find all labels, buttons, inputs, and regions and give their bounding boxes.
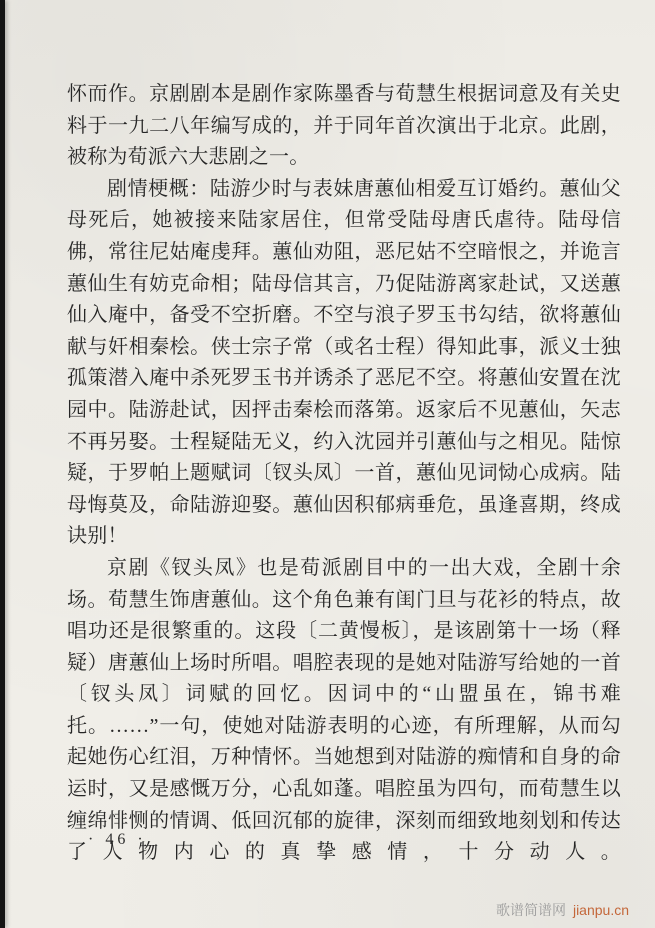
page-number: · 46 · [88, 831, 147, 849]
scan-left-edge-shadow [0, 0, 5, 928]
watermark-site-name: 歌谱简谱网 [496, 902, 566, 918]
paragraph: 京剧《钗头凤》也是荀派剧目中的一出大戏，全剧十余场。荀慧生饰唐蕙仙。这个角色兼有… [67, 553, 621, 869]
watermark: 歌谱简谱网jianpu.cn [496, 900, 629, 920]
paragraph: 剧情梗概：陆游少时与表妹唐蕙仙相爱互订婚约。蕙仙父母死后，她被接来陆家居住，但常… [67, 174, 621, 553]
paragraph: 怀而作。京剧剧本是剧作家陈墨香与荀慧生根据词意及有关史料于一九二八年编写成的，并… [67, 79, 621, 174]
page-text: 怀而作。京剧剧本是剧作家陈墨香与荀慧生根据词意及有关史料于一九二八年编写成的，并… [67, 79, 621, 869]
scanned-book-page: 怀而作。京剧剧本是剧作家陈墨香与荀慧生根据词意及有关史料于一九二八年编写成的，并… [0, 0, 655, 928]
watermark-site-url: jianpu.cn [573, 902, 629, 918]
